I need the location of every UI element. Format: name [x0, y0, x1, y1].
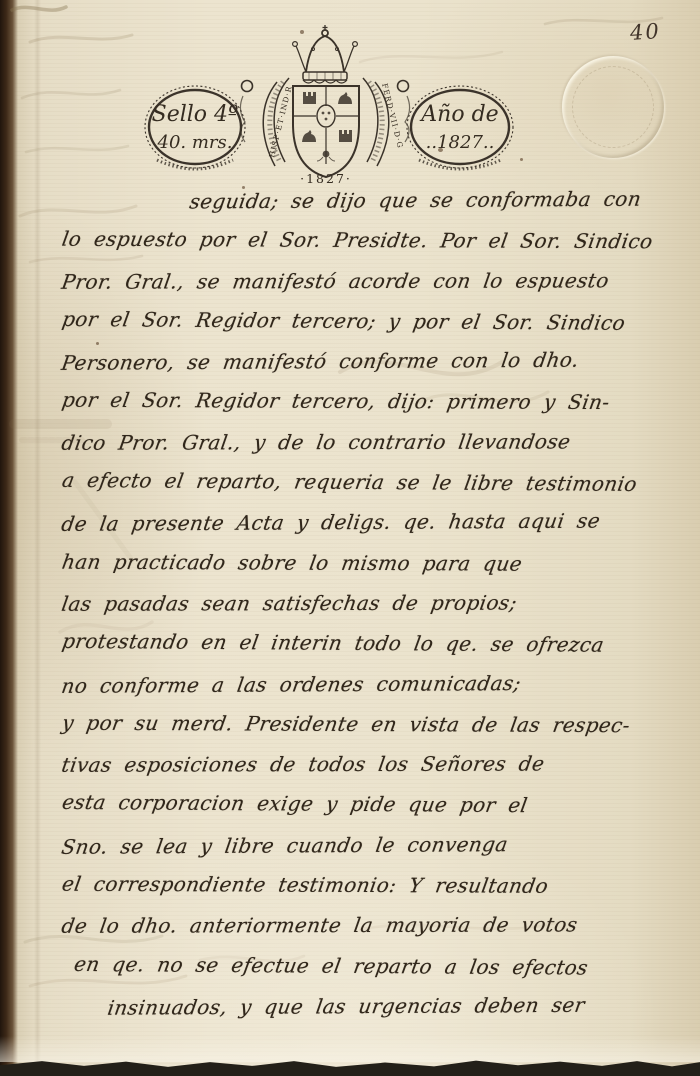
paper-crease	[34, 0, 41, 1076]
stamp-left-ribbon-text: HISP·ET·IND·R	[267, 84, 294, 158]
manuscript-line: por el Sor. Regidor tercero, dijo: prime…	[59, 380, 671, 423]
ink-speck	[300, 30, 304, 34]
stamp-right-line2: ..1827..	[426, 132, 495, 153]
tax-stamp: Sello 4º 40. mrs. Año de ..1827.. HISP·E…	[143, 24, 527, 186]
manuscript-line: las pasadas sean satisfechas de propios;	[59, 582, 672, 624]
ink-speck	[520, 158, 523, 161]
manuscript-line: el correspondiente testimonio: Y resulta…	[59, 864, 671, 907]
manuscript-line: insinuados, y que las urgencias deben se…	[105, 984, 672, 1028]
pomegranate	[323, 151, 330, 158]
manuscript-line: a efecto el reparto, requeria se le libr…	[59, 460, 671, 505]
stamp-left-oval	[145, 86, 245, 169]
ink-speck	[438, 148, 443, 152]
manuscript-line: de lo dho. anteriormente la mayoria de v…	[59, 905, 672, 947]
binding-edge	[0, 0, 18, 1076]
manuscript-line: de la presente Acta y deligs. qe. hasta …	[59, 501, 672, 545]
castle-quarter	[339, 130, 352, 142]
lion-quarter	[338, 92, 352, 104]
folio-number: 40	[629, 19, 661, 45]
paper-bottom-highlight	[0, 1036, 700, 1062]
coat-of-arms-shield	[293, 86, 359, 177]
stamp-left-line2: 40. mrs.	[157, 132, 233, 153]
manuscript-line: en qe. no se efectue el reparto a los ef…	[71, 944, 671, 988]
manuscript-line: Sno. se lea y libre cuando le convenga	[59, 823, 672, 867]
manuscript-line: esta corporacion exige y pide que por el	[59, 782, 671, 827]
manuscript-line: seguida; se dijo que se conformaba con	[187, 179, 672, 222]
stamp-right-line1: Año de	[419, 102, 498, 127]
manuscript-line: lo espuesto por el Sor. Presidte. Por el…	[59, 219, 671, 262]
stamp-right-ring	[398, 81, 409, 92]
lion-quarter	[302, 130, 316, 142]
manuscript-page: 40	[0, 0, 700, 1076]
manuscript-line: protestando en el interin todo lo qe. se…	[59, 621, 671, 666]
embossed-seal	[562, 56, 664, 158]
manuscript-text: seguida; se dijo que se conformaba conlo…	[62, 180, 668, 1026]
manuscript-line: Personero, se manifestó conforme con lo …	[59, 339, 672, 383]
manuscript-line: por el Sor. Regidor tercero; y por el So…	[59, 299, 671, 344]
stamp-right-oval	[407, 86, 513, 169]
stamp-left-ring	[242, 81, 253, 92]
stamp-left-line1: Sello 4º	[152, 102, 239, 127]
manuscript-line: no conforme a las ordenes comunicadas;	[59, 662, 672, 706]
manuscript-line: dico Pror. Gral., y de lo contrario llev…	[59, 421, 672, 463]
manuscript-line: tivas esposiciones de todos los Señores …	[59, 743, 672, 785]
manuscript-line: y por su merd. Presidente en vista de la…	[59, 703, 671, 746]
castle-quarter	[303, 92, 316, 104]
manuscript-line: Pror. Gral., se manifestó acorde con lo …	[59, 260, 672, 302]
manuscript-line: han practicado sobre lo mismo para que	[59, 541, 671, 584]
